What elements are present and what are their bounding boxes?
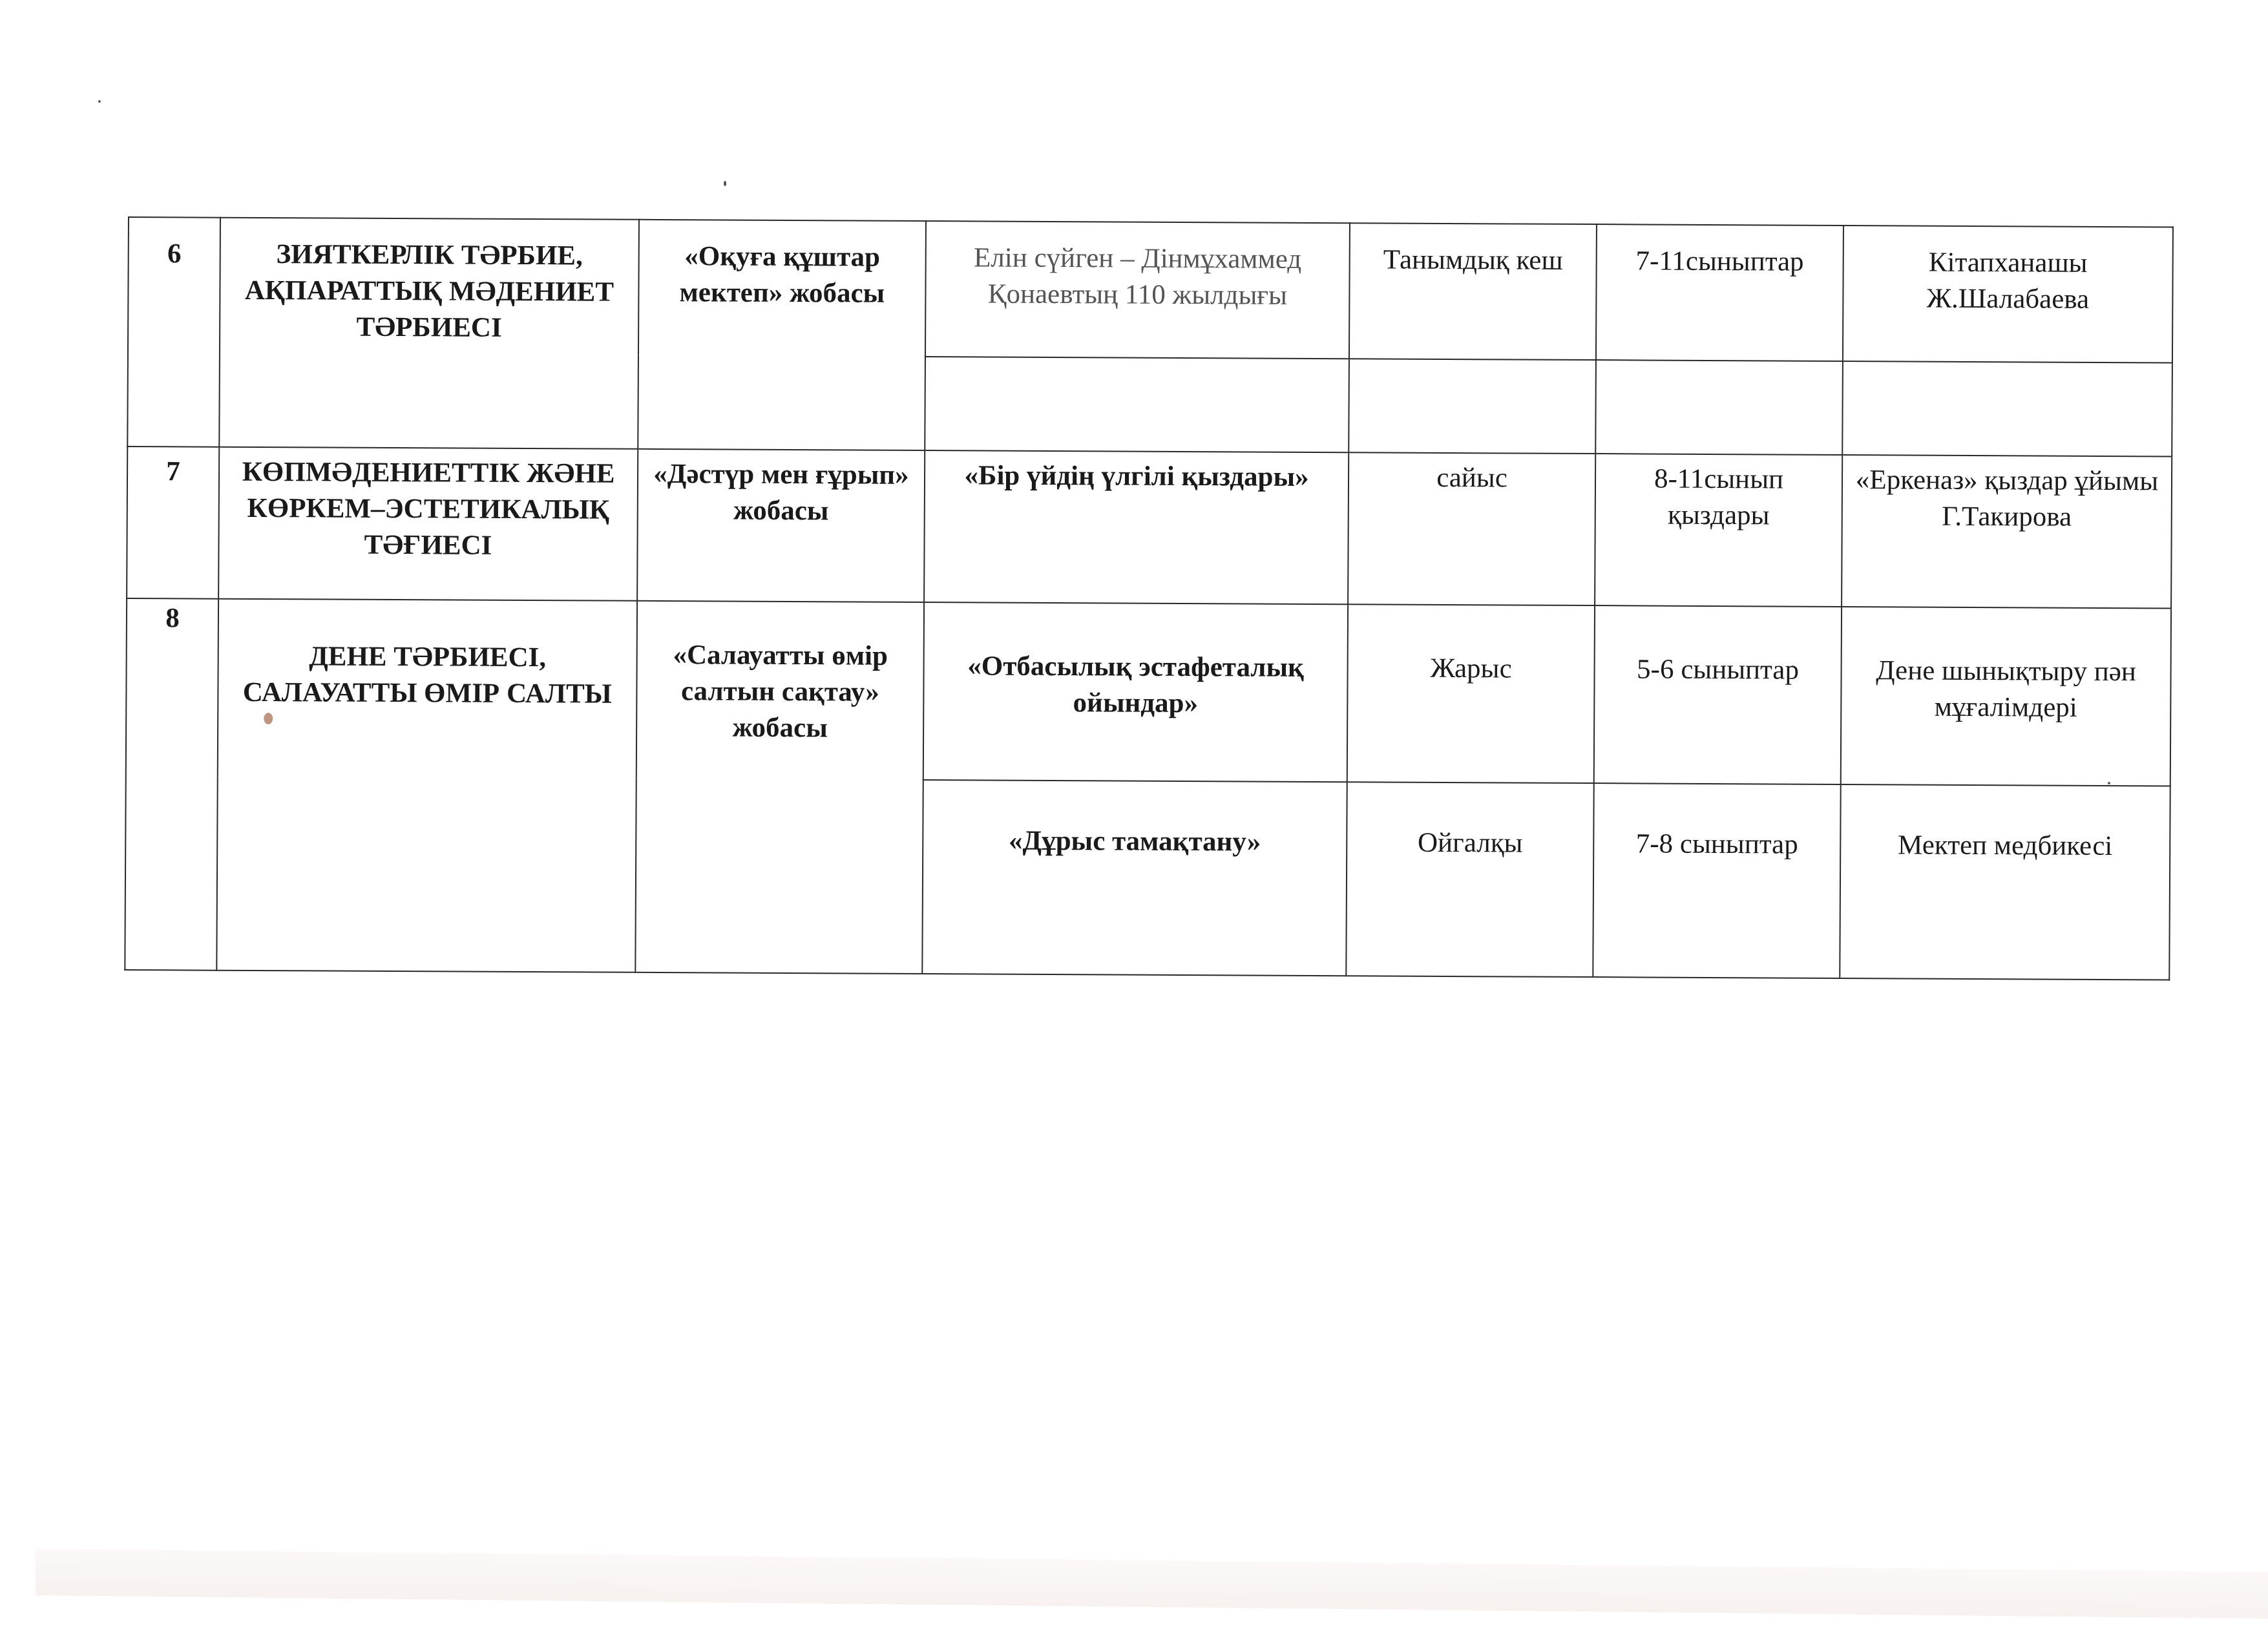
event-title	[925, 357, 1349, 452]
row-number: 8	[125, 598, 218, 971]
project-name: «Оқуға құштар мектеп» жобасы	[638, 220, 926, 450]
event-participants: 7-11сыныптар	[1596, 224, 1843, 361]
event-responsible: «Еркеназ» қыздар ұйымы Г.Такирова	[1842, 455, 2172, 608]
event-title: Елін сүйген – Дінмұхаммед Қонаевтың 110 …	[925, 221, 1350, 359]
event-form: Танымдық кеш	[1349, 223, 1597, 360]
education-direction: ДЕНЕ ТӘРБИЕСІ, САЛАУАТТЫ ӨМІР САЛТЫ	[216, 599, 637, 972]
event-participants: 8-11сынып қыздары	[1595, 454, 1842, 607]
plan-table: 6 ЗИЯТКЕРЛІК ТӘРБИЕ, АҚПАРАТТЫҚ МӘДЕНИЕТ…	[124, 216, 2174, 980]
event-form: Жарыс	[1347, 604, 1595, 783]
scan-speck	[98, 100, 101, 103]
education-direction: КӨПМӘДЕНИЕТТІК ЖӘНЕ КӨРКЕМ–ЭСТЕТИКАЛЫҚ Т…	[218, 447, 638, 601]
event-participants: 5-6 сыныптар	[1594, 605, 1842, 784]
table-row: 6 ЗИЯТКЕРЛІК ТӘРБИЕ, АҚПАРАТТЫҚ МӘДЕНИЕТ…	[128, 217, 2173, 362]
event-title: «Отбасылық эстафеталық ойындар»	[923, 602, 1348, 782]
row-number: 7	[127, 446, 219, 599]
event-form: сайыс	[1348, 452, 1595, 605]
table-row: 7 КӨПМӘДЕНИЕТТІК ЖӘНЕ КӨРКЕМ–ЭСТЕТИКАЛЫҚ…	[127, 446, 2172, 608]
project-name: «Салауатты өмір салтын сақтау» жобасы	[635, 601, 924, 974]
event-responsible: Мектеп медбикесі	[1840, 784, 2170, 980]
event-form	[1349, 359, 1596, 454]
row-number: 6	[127, 217, 220, 447]
table-row: 8 ДЕНЕ ТӘРБИЕСІ, САЛАУАТТЫ ӨМІР САЛТЫ «С…	[126, 598, 2171, 786]
project-name: «Дәстүр мен ғұрып» жобасы	[637, 449, 925, 602]
education-direction: ЗИЯТКЕРЛІК ТӘРБИЕ, АҚПАРАТТЫҚ МӘДЕНИЕТ Т…	[219, 218, 639, 449]
event-responsible	[1842, 361, 2172, 456]
event-participants	[1595, 360, 1843, 455]
event-form: Ойгалқы	[1346, 782, 1593, 977]
event-title: «Дұрыс тамақтану»	[922, 780, 1347, 976]
ink-stain	[264, 713, 273, 724]
scan-page-edge	[36, 1549, 2268, 1619]
event-participants: 7-8 сыныптар	[1593, 783, 1840, 978]
event-responsible: Кітапханашы Ж.Шалабаева	[1843, 226, 2173, 362]
event-responsible: Дене шынықтыру пән мұғалімдері	[1841, 607, 2171, 786]
event-title: «Бір үйдің үлгілі қыздары»	[924, 450, 1349, 604]
scan-speck	[724, 181, 726, 186]
education-direction-text: ДЕНЕ ТӘРБИЕСІ, САЛАУАТТЫ ӨМІР САЛТЫ	[243, 641, 612, 709]
